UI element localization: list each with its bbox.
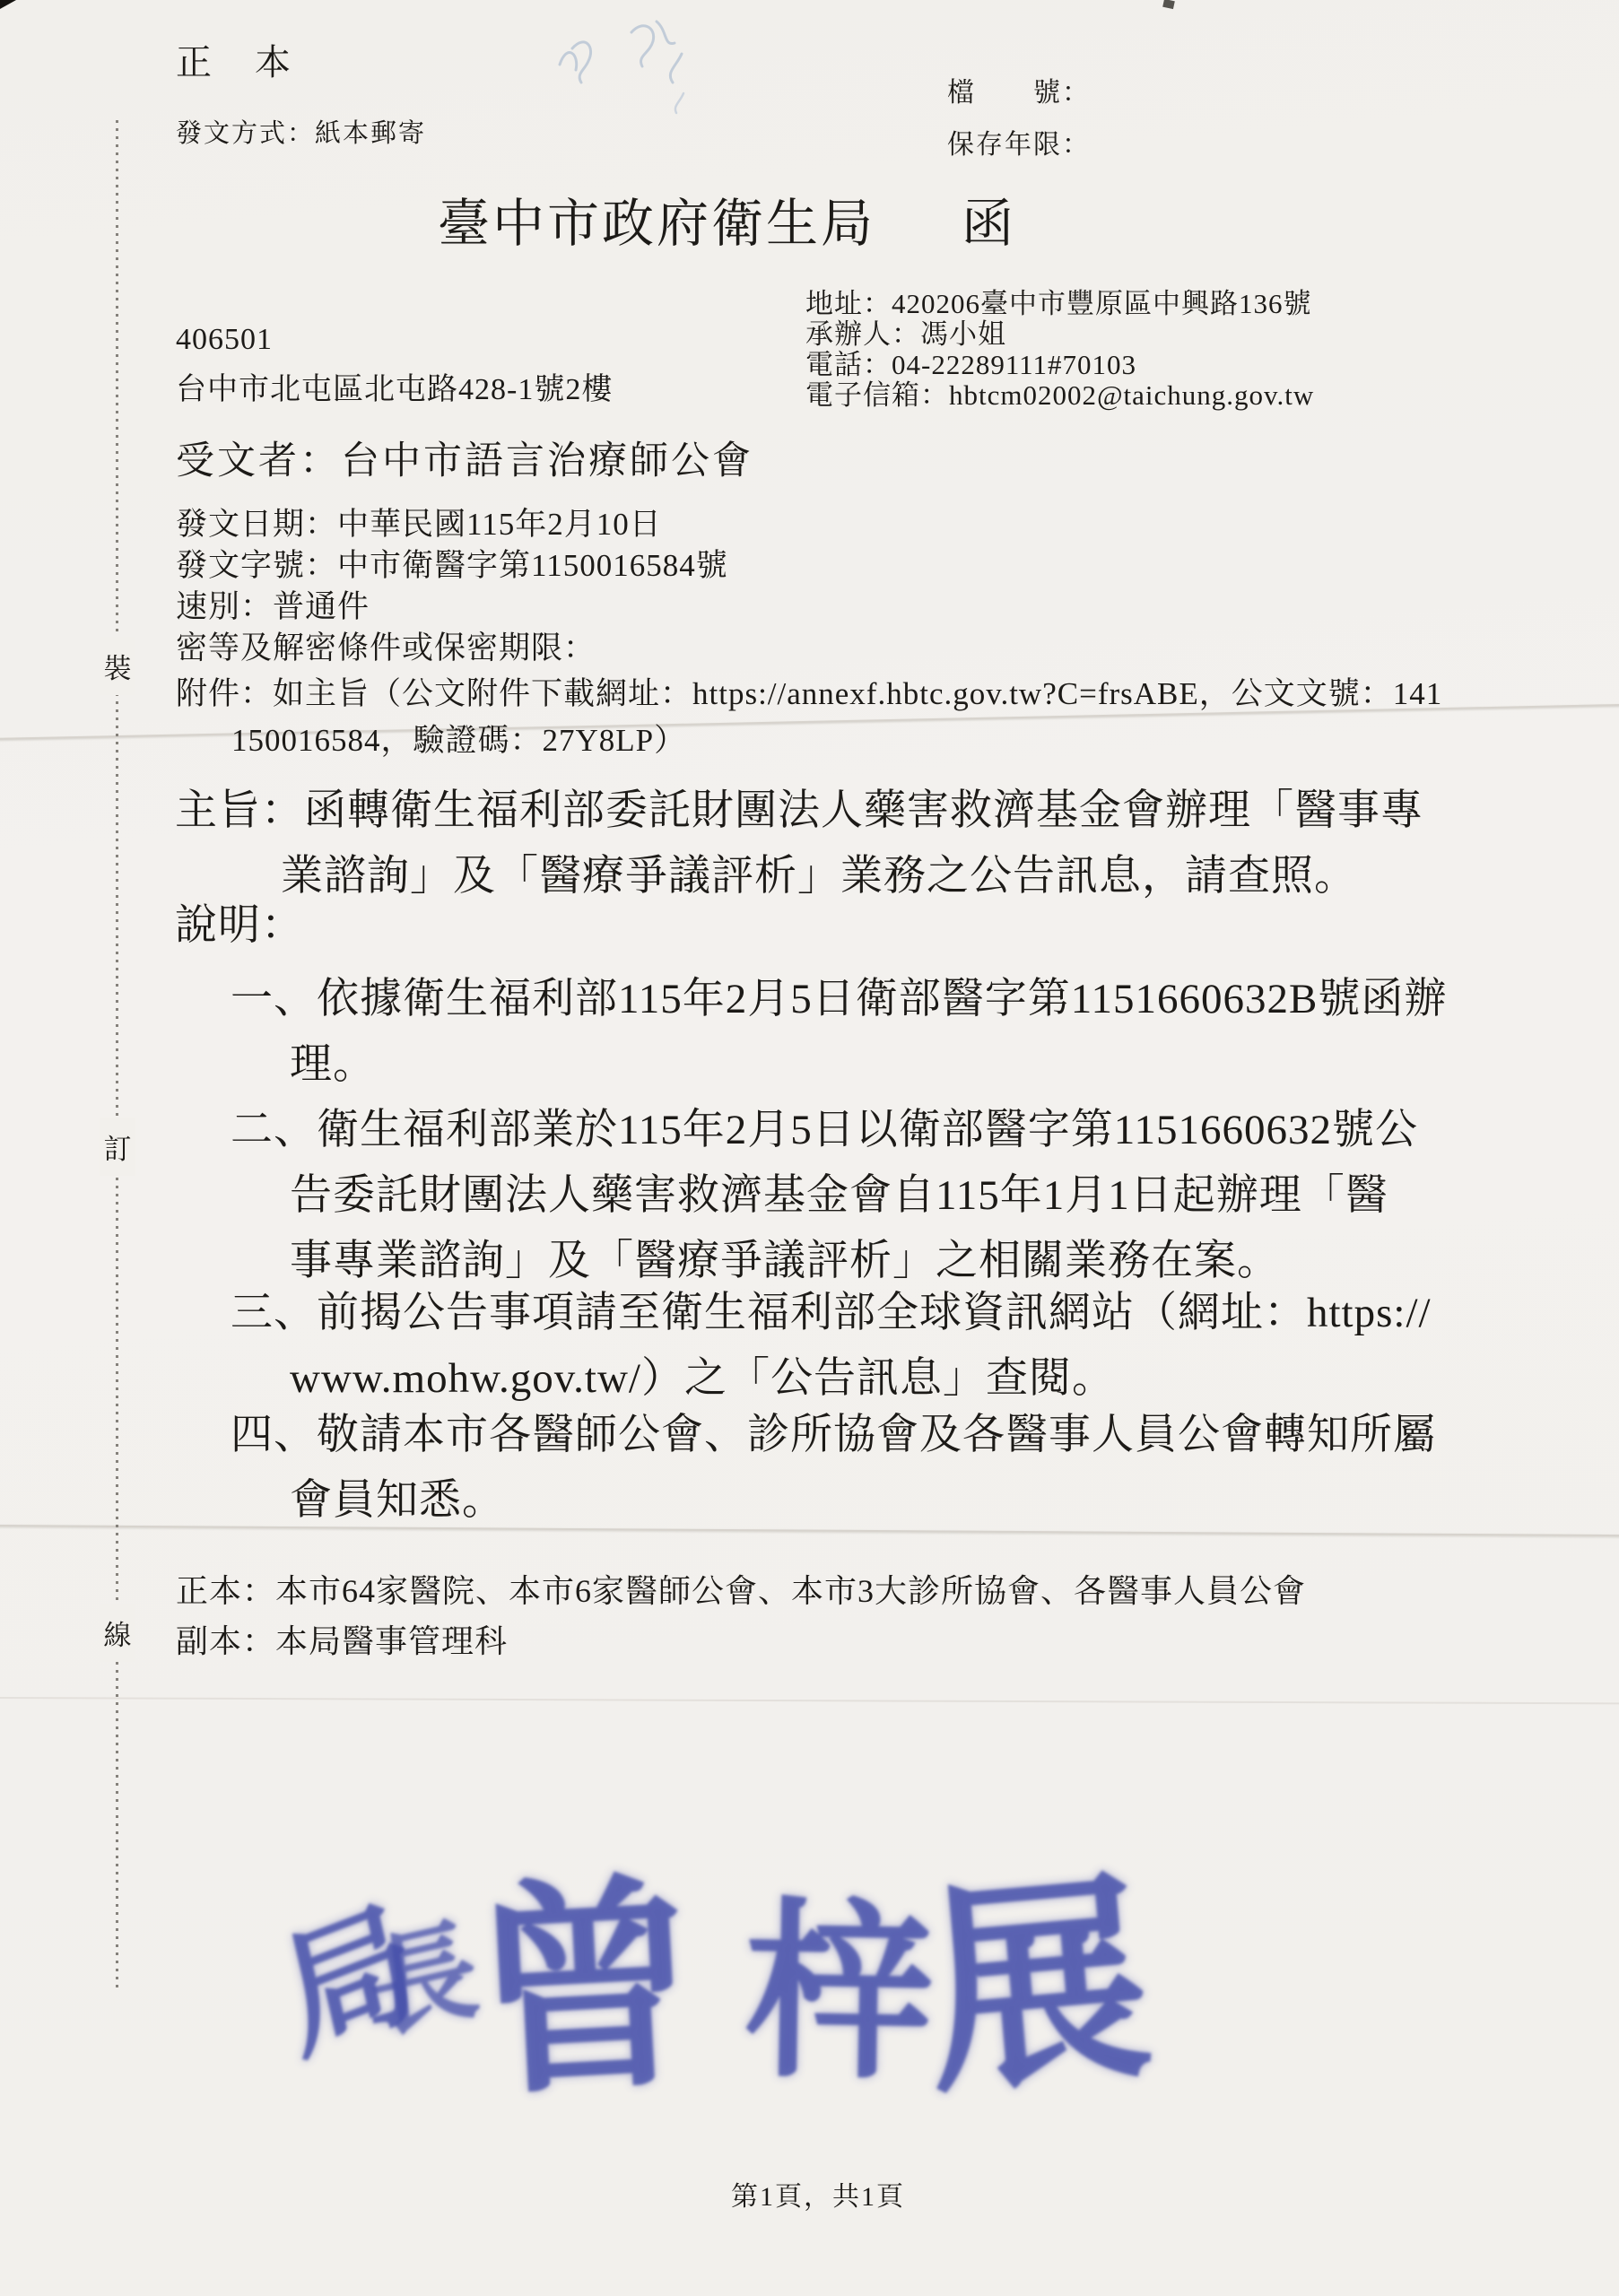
agency-contact-block: 地址：420206臺中市豐原區中興路136號 承辦人：馮小姐 電話：04-222… bbox=[805, 289, 1314, 411]
agency-contact-person: 承辦人：馮小姐 bbox=[805, 319, 1314, 350]
stamp-name-char-2: 梓 bbox=[743, 1839, 937, 2116]
document-type: 函 bbox=[962, 195, 1016, 253]
document-metadata-block: 發文日期：中華民國115年2月10日 發文字號：中市衛醫字第1150016584… bbox=[176, 504, 728, 669]
security-classification: 密等及解密條件或保密期限： bbox=[176, 628, 728, 669]
agency-email: 電子信箱：hbtcm02002@taichung.gov.tw bbox=[805, 380, 1314, 411]
issuing-agency-name: 臺中市政府衛生局 bbox=[438, 195, 875, 253]
pencil-scribble bbox=[549, 7, 719, 124]
explanation-label: 說明： bbox=[175, 893, 304, 959]
binding-mark-zhuang: 裝 bbox=[100, 637, 135, 695]
director-signature-stamp: 局 長 曾 梓 展 bbox=[283, 1812, 1148, 2105]
document-number: 發文字號：中市衛醫字第1150016584號 bbox=[176, 545, 728, 587]
explanation-item-2: 二、衛生福利部業於115年2月5日以衛部醫字第1151660632號公 告委託財… bbox=[231, 1098, 1563, 1294]
agency-phone: 電話：04-22289111#70103 bbox=[805, 350, 1314, 380]
agency-address: 地址：420206臺中市豐原區中興路136號 bbox=[805, 289, 1314, 319]
document-page: 裝 訂 線 正 本 發文方式：紙本郵寄 檔 號： 保存年限： 臺中市政府衛生局函… bbox=[0, 0, 1619, 2296]
explanation-item-4: 四、敬請本市各醫師公會、診所協會及各醫事人員公會轉知所屬 會員知悉。 bbox=[231, 1403, 1563, 1534]
stamp-name-char-1: 曾 bbox=[464, 1803, 707, 2139]
explanation-item-3: 三、前揭公告事項請至衛生福利部全球資訊網站（網址：https:// www.mo… bbox=[231, 1281, 1563, 1412]
binding-dotted-line bbox=[116, 120, 118, 1987]
retention-period-label: 保存年限： bbox=[947, 122, 1091, 161]
copy-type-label: 正 本 bbox=[176, 34, 294, 85]
copy-recipients: 副本：本局醫事管理科 bbox=[176, 1616, 1306, 1666]
issue-date: 發文日期：中華民國115年2月10日 bbox=[176, 504, 728, 545]
stamp-name-char-3: 展 bbox=[910, 1799, 1160, 2136]
fold-crease bbox=[0, 1697, 1619, 1704]
attachment-line: 附件：如主旨（公文附件下載網址：https://annexf.hbtc.gov.… bbox=[176, 671, 1595, 764]
subject-line: 主旨：函轉衛生福利部委託財團法人藥害救濟基金會辦理「醫事專 業諮詢」及「醫療爭議… bbox=[175, 778, 1619, 909]
page-number: 第1頁，共1頁 bbox=[731, 2174, 905, 2213]
recipient-postal-code: 406501 bbox=[176, 323, 273, 357]
recipient-line: 受文者：台中市語言治療師公會 bbox=[176, 430, 753, 485]
document-title: 臺中市政府衛生局函 bbox=[438, 181, 1016, 257]
stamp-title-char-zhang: 長 bbox=[360, 1880, 485, 2061]
explanation-item-1: 一、依據衛生福利部115年2月5日衛部醫字第1151660632B號函辦 理。 bbox=[231, 967, 1563, 1098]
original-recipients: 正本：本市64家醫院、本市6家醫師公會、本市3大診所協會、各醫事人員公會 bbox=[176, 1566, 1306, 1616]
binding-mark-xian: 線 bbox=[100, 1604, 135, 1662]
recipient-address: 台中市北屯區北屯路428-1號2樓 bbox=[176, 364, 613, 408]
scan-corner-artifact bbox=[0, 0, 16, 9]
delivery-method: 發文方式：紙本郵寄 bbox=[176, 113, 426, 150]
binding-mark-ding: 訂 bbox=[100, 1118, 135, 1176]
priority-level: 速別：普通件 bbox=[176, 587, 728, 628]
file-number-label: 檔 號： bbox=[947, 70, 1091, 109]
scan-edge-artifact bbox=[1162, 0, 1175, 9]
distribution-block: 正本：本市64家醫院、本市6家醫師公會、本市3大診所協會、各醫事人員公會 副本：… bbox=[176, 1566, 1306, 1666]
